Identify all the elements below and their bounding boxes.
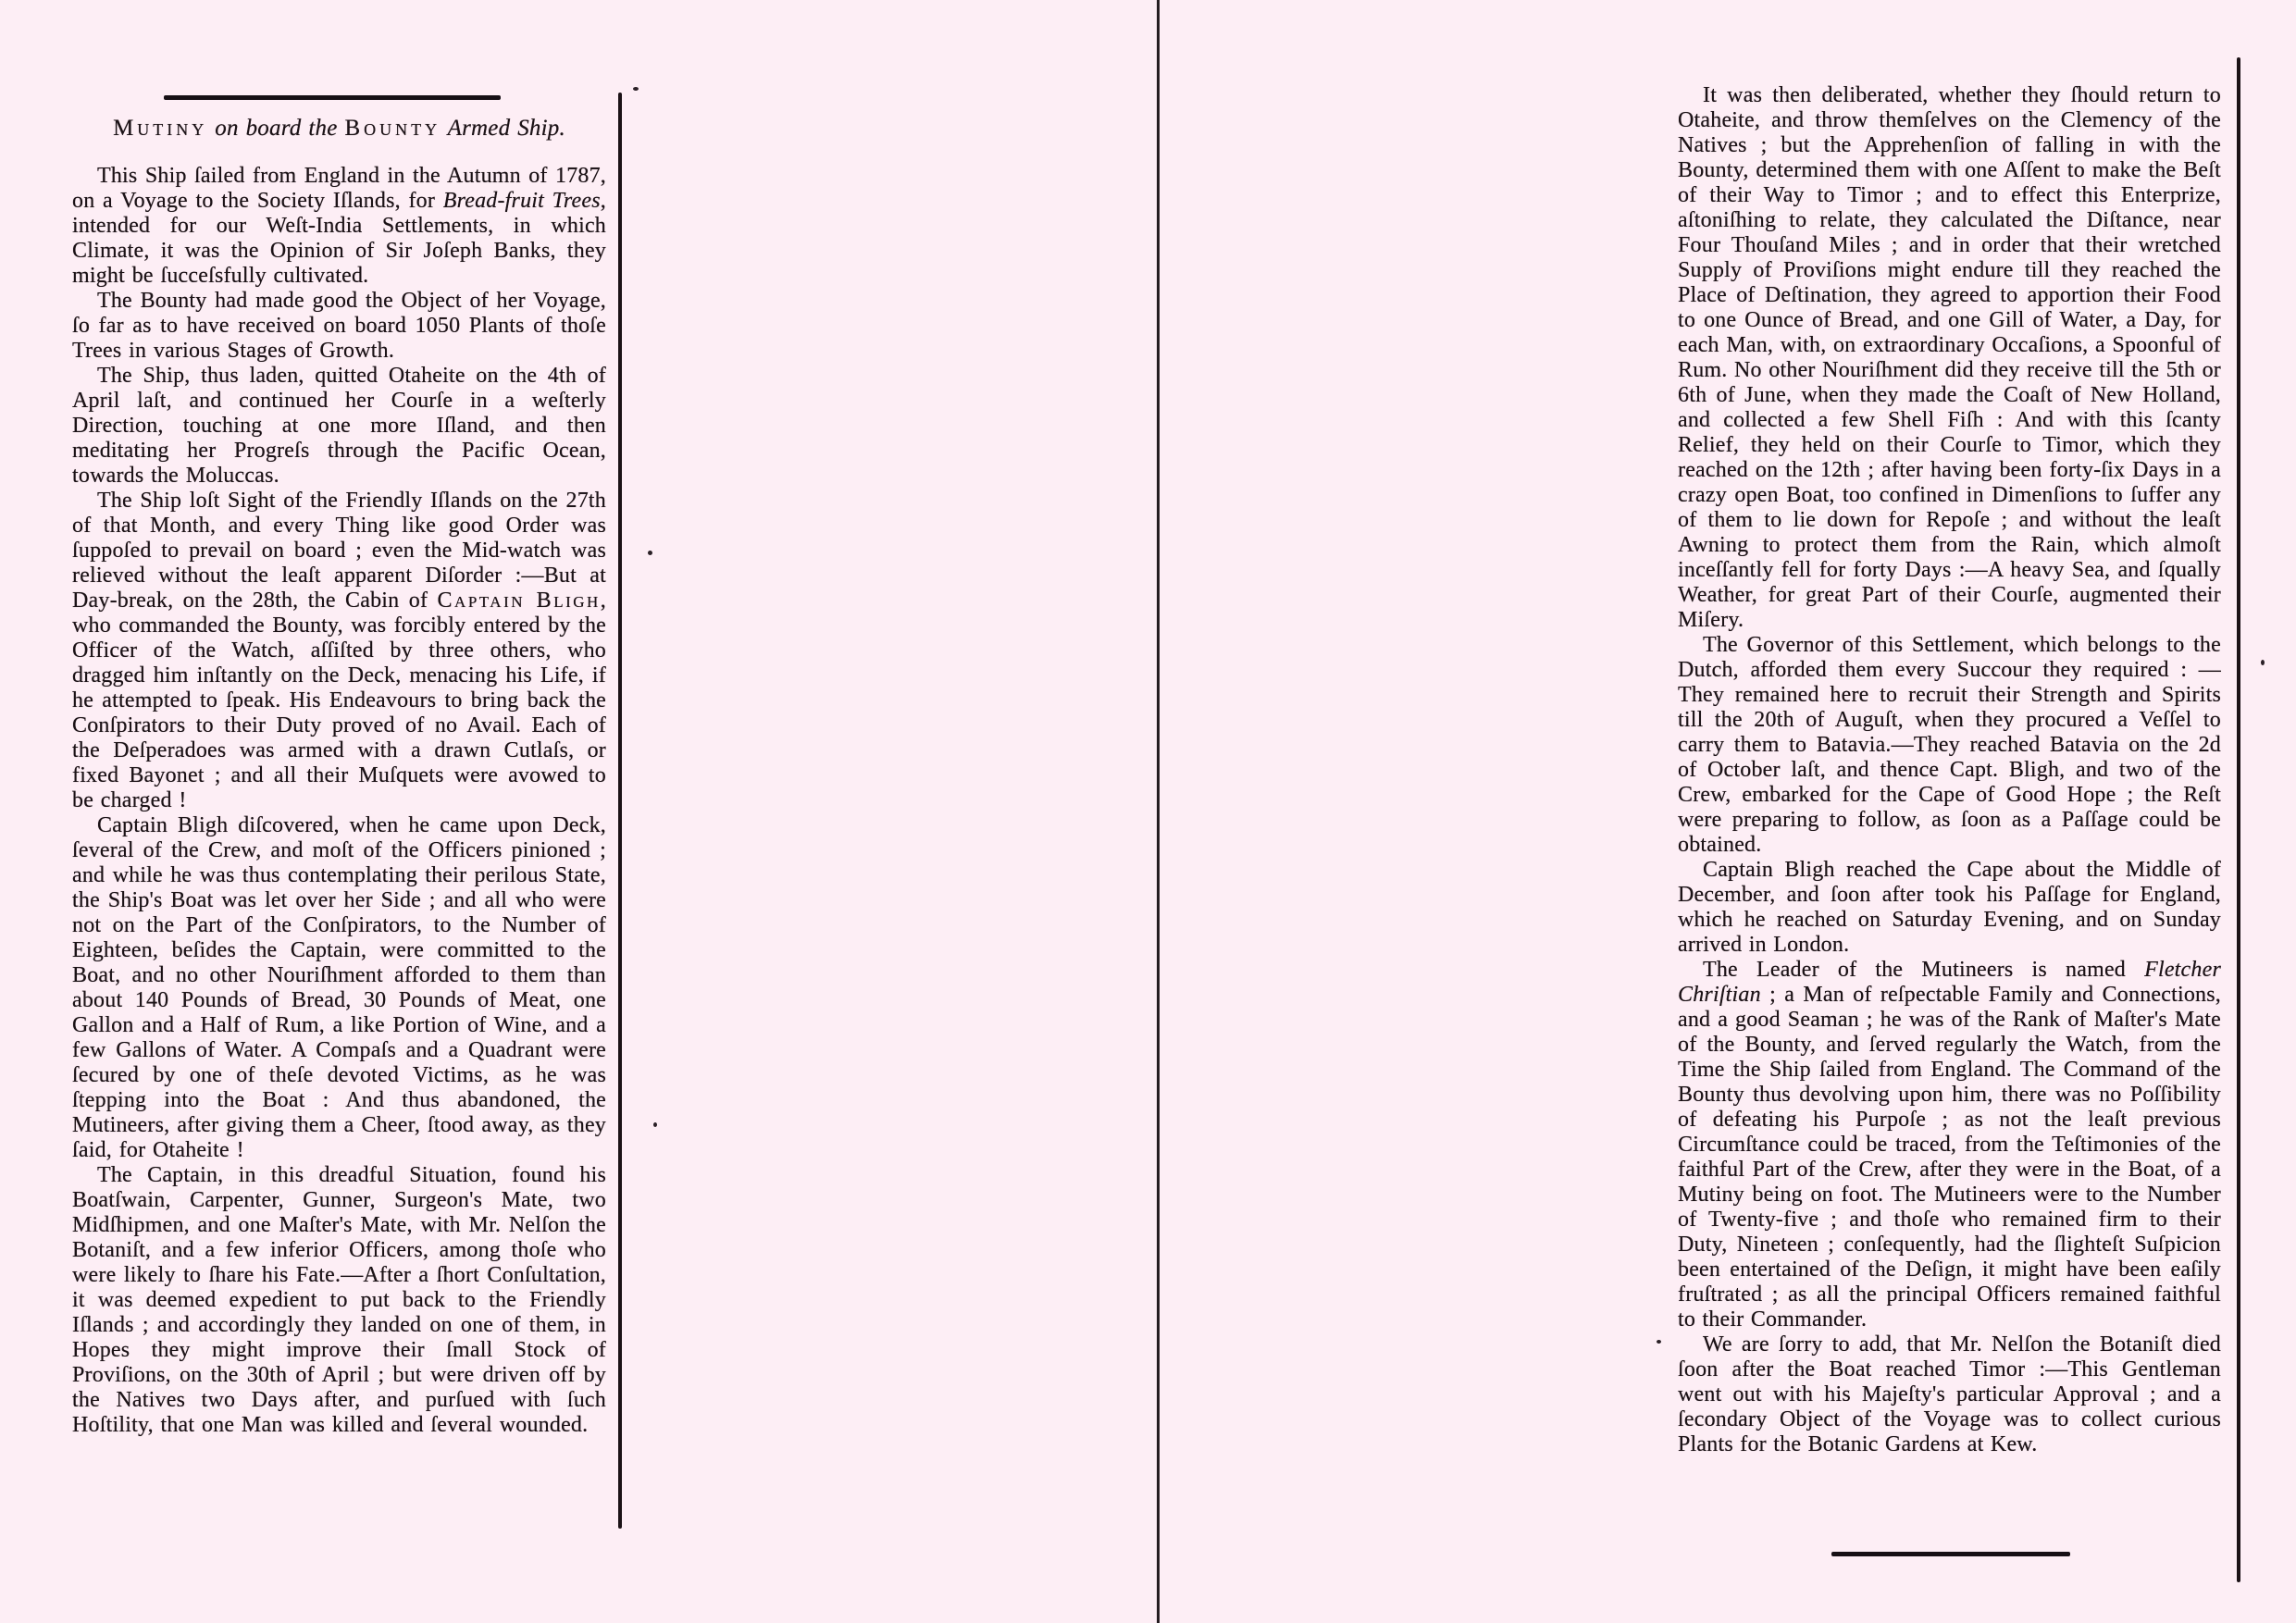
page-fold-line (1157, 0, 1160, 1623)
paragraph: Captain Bligh diſcovered, when he came u… (72, 813, 606, 1163)
paragraph: The Ship, thus laden, quitted Otaheite o… (72, 364, 606, 489)
text-segment: It was then deliberated, whether they ſh… (1678, 83, 2221, 632)
text-segment: The Bounty had made good the Object of h… (72, 289, 606, 363)
paragraph: The Bounty had made good the Object of h… (72, 289, 606, 364)
paragraph: This Ship ſailed from England in the Aut… (72, 164, 606, 289)
text-segment: The Governor of this Settlement, which b… (1678, 633, 2221, 857)
paragraph: It was then deliberated, whether they ſh… (1678, 83, 2221, 633)
newspaper-spread: Mutiny on board the Bounty Armed Ship. T… (0, 0, 2296, 1623)
right-column-text: It was then deliberated, whether they ſh… (1678, 83, 2221, 1457)
text-segment: Armed Ship. (441, 116, 565, 141)
left-page-column: Mutiny on board the Bounty Armed Ship. T… (72, 95, 606, 1438)
text-segment: Captain Bligh reached the Cape about the… (1678, 858, 2221, 957)
text-segment: We are ſorry to add, that Mr. Nelſon the… (1678, 1332, 2221, 1456)
paragraph: Captain Bligh reached the Cape about the… (1678, 858, 2221, 958)
paragraph: The Ship loſt Sight of the Friendly Iſla… (72, 489, 606, 813)
ink-speck (648, 551, 652, 555)
text-segment: Captain Bligh diſcovered, when he came u… (72, 813, 606, 1162)
right-page-column: It was then deliberated, whether they ſh… (1678, 83, 2221, 1457)
paragraph: We are ſorry to add, that Mr. Nelſon the… (1678, 1332, 2221, 1457)
paragraph: The Governor of this Settlement, which b… (1678, 633, 2221, 858)
text-segment: Captain Bligh (438, 588, 601, 613)
text-segment: Bread-fruit Trees (443, 189, 601, 213)
text-segment: Mutiny (113, 116, 207, 141)
ink-speck (2261, 660, 2265, 665)
text-segment: Bounty (344, 116, 441, 141)
article-headline: Mutiny on board the Bounty Armed Ship. (72, 115, 606, 142)
paragraph: The Leader of the Mutineers is named Fle… (1678, 958, 2221, 1332)
left-column-text: This Ship ſailed from England in the Aut… (72, 164, 606, 1438)
text-segment: on board the (207, 116, 344, 141)
ink-speck (633, 87, 639, 91)
text-segment: , who commanded the Bounty, was forcibly… (72, 588, 606, 812)
text-segment: ; a Man of reſpectable Family and Connec… (1678, 983, 2221, 1332)
text-segment: The Ship, thus laden, quitted Otaheite o… (72, 364, 606, 488)
paragraph: The Captain, in this dreadful Situation,… (72, 1163, 606, 1438)
article-end-rule (1831, 1552, 2070, 1556)
ink-speck (653, 1122, 657, 1127)
headline-rule (164, 95, 501, 100)
ink-speck (1657, 1340, 1661, 1344)
column-rule-right (2237, 57, 2240, 1582)
text-segment: The Leader of the Mutineers is named (1703, 958, 2144, 982)
column-rule-left (618, 93, 622, 1529)
text-segment: The Captain, in this dreadful Situation,… (72, 1163, 606, 1437)
